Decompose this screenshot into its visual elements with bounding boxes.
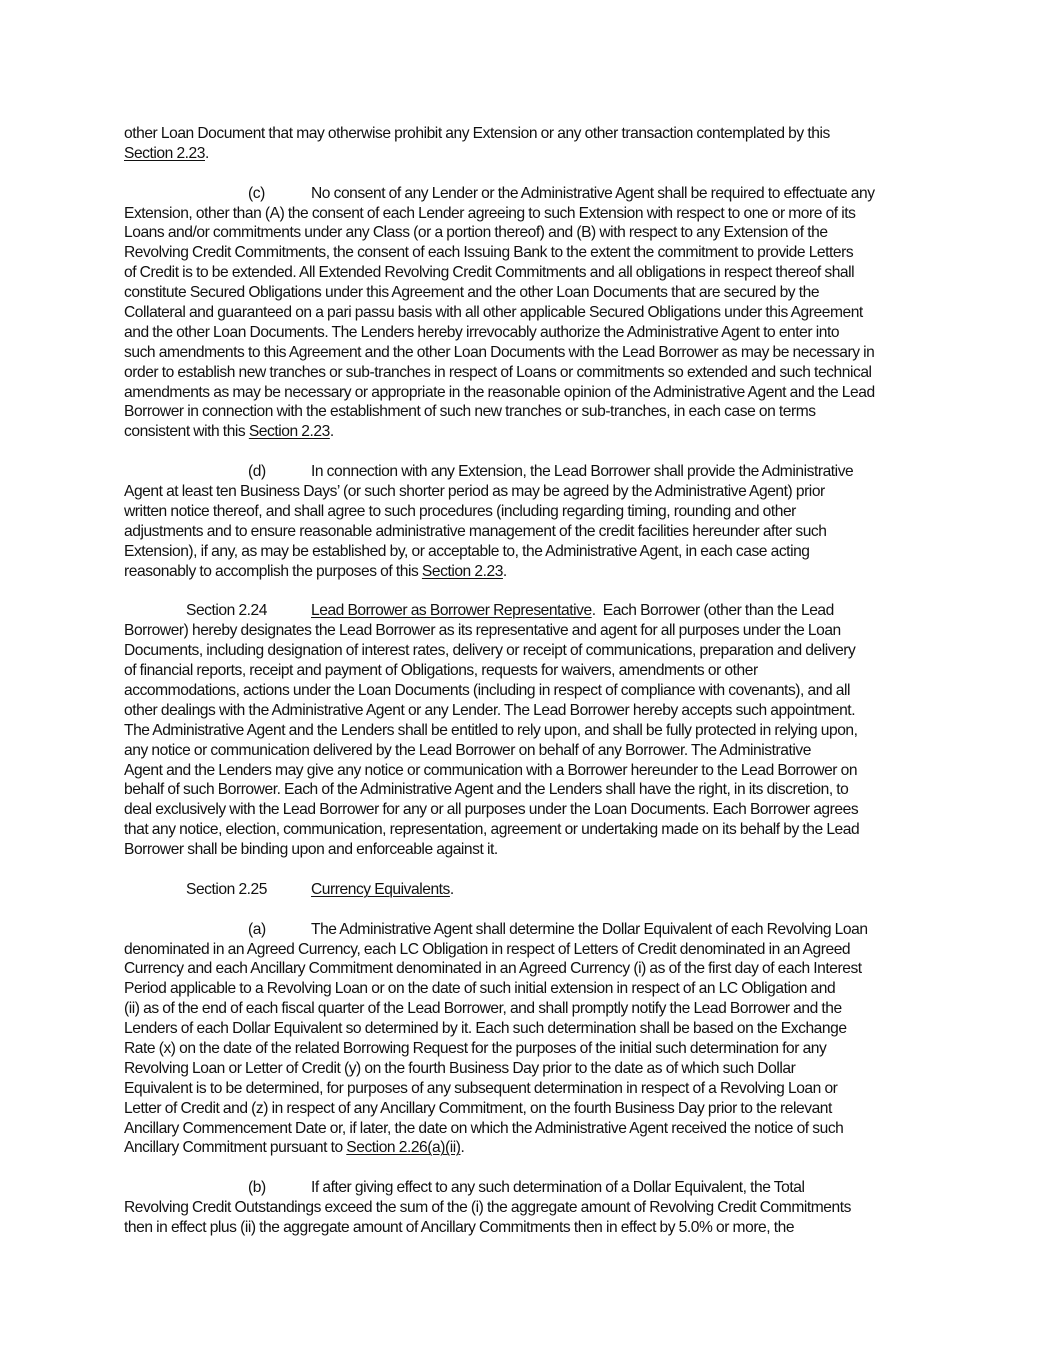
section-2-25: Section 2.25Currency Equivalents. [124,880,939,900]
text-line: order to establish new tranches or sub-t… [124,363,939,383]
text-line: and the other Loan Documents. The Lender… [124,323,939,343]
text-line: Documents, including designation of inte… [124,641,939,661]
text-line: accommodations, actions under the Loan D… [124,681,939,701]
text-line: Agent at least ten Business Days’ (or su… [124,482,939,502]
text-line: Extension, other than (A) the consent of… [124,204,939,224]
text-line: If after giving effect to any such deter… [311,1179,804,1196]
section-reference-link[interactable]: Section 2.23 [422,563,503,580]
text-line: amendments as may be necessary or approp… [124,383,939,403]
clause-label: (b) [248,1178,311,1198]
text-line: The Administrative Agent shall determine… [311,921,868,938]
text-line: Rate (x) on the date of the related Borr… [124,1039,939,1059]
text-line: of Credit is to be extended. All Extende… [124,263,939,283]
document-page: other Loan Document that may otherwise p… [124,124,939,1258]
text-line: of financial reports, receipt and paymen… [124,661,939,681]
text-line: deal exclusively with the Lead Borrower … [124,800,939,820]
text-line: any notice or communication delivered by… [124,741,939,761]
text-line: Lenders of each Dollar Equivalent so det… [124,1019,939,1039]
section-heading: Lead Borrower as Borrower Representative [311,602,592,619]
text-line: that any notice, election, communication… [124,820,939,840]
text-line: other Loan Document that may otherwise p… [124,124,939,144]
paragraph-a: (a)The Administrative Agent shall determ… [124,920,939,1159]
text-line: behalf of such Borrower. Each of the Adm… [124,780,939,800]
section-reference-link[interactable]: Section 2.23 [124,145,205,162]
paragraph-c: (c)No consent of any Lender or the Admin… [124,184,939,443]
text-line: Borrower in connection with the establis… [124,402,939,422]
text-line: (ii) as of the end of each fiscal quarte… [124,999,939,1019]
text-line: Borrower) hereby designates the Lead Bor… [124,621,939,641]
text-line: Currency and each Ancillary Commitment d… [124,959,939,979]
text-line: Ancillary Commencement Date or, if later… [124,1119,939,1139]
text-line: Letter of Credit and (z) in respect of a… [124,1099,939,1119]
text-line: In connection with any Extension, the Le… [311,463,853,480]
section-number: Section 2.25 [186,880,311,900]
section-heading: Currency Equivalents [311,881,450,898]
text-line: Equivalent is to be determined, for purp… [124,1079,939,1099]
text-line: The Administrative Agent and the Lenders… [124,721,939,741]
text-line: written notice thereof, and shall agree … [124,502,939,522]
text-line: such amendments to this Agreement and th… [124,343,939,363]
text-line: adjustments and to ensure reasonable adm… [124,522,939,542]
text-line: Collateral and guaranteed on a pari pass… [124,303,939,323]
clause-label: (d) [248,462,311,482]
text-line: Extension), if any, as may be establishe… [124,542,939,562]
paragraph-b: (b)If after giving effect to any such de… [124,1178,939,1238]
text-line: denominated in an Agreed Currency, each … [124,940,939,960]
clause-label: (c) [248,184,311,204]
text-line: Period applicable to a Revolving Loan or… [124,979,939,999]
paragraph-d: (d)In connection with any Extension, the… [124,462,939,581]
clause-label: (a) [248,920,311,940]
text-line: Loans and/or commitments under any Class… [124,223,939,243]
paragraph-carryover: other Loan Document that may otherwise p… [124,124,939,164]
text-line: other dealings with the Administrative A… [124,701,939,721]
text-line: No consent of any Lender or the Administ… [311,185,875,202]
text-line: constitute Secured Obligations under thi… [124,283,939,303]
section-2-24: Section 2.24Lead Borrower as Borrower Re… [124,601,939,860]
text-line: Agent and the Lenders may give any notic… [124,761,939,781]
text-line: Borrower shall be binding upon and enfor… [124,840,939,860]
section-number: Section 2.24 [186,601,311,621]
text-line: Revolving Loan or Letter of Credit (y) o… [124,1059,939,1079]
text-line: Revolving Credit Outstandings exceed the… [124,1198,939,1218]
section-reference-link[interactable]: Section 2.23 [249,423,330,440]
text-line: Revolving Credit Commitments, the consen… [124,243,939,263]
section-reference-link[interactable]: Section 2.26(a)(ii) [346,1139,460,1156]
text-line: then in effect plus (ii) the aggregate a… [124,1218,939,1238]
